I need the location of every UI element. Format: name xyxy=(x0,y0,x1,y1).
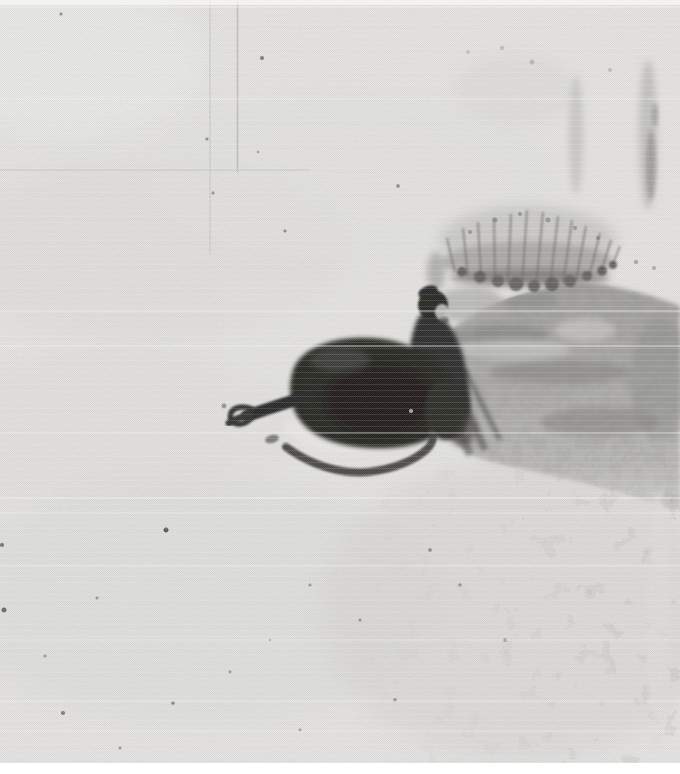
halftone-photo xyxy=(0,0,680,774)
film-grain-overlay xyxy=(0,0,680,774)
photo-canvas xyxy=(0,0,680,774)
top-margin xyxy=(0,0,680,5)
bottom-margin xyxy=(0,763,680,774)
